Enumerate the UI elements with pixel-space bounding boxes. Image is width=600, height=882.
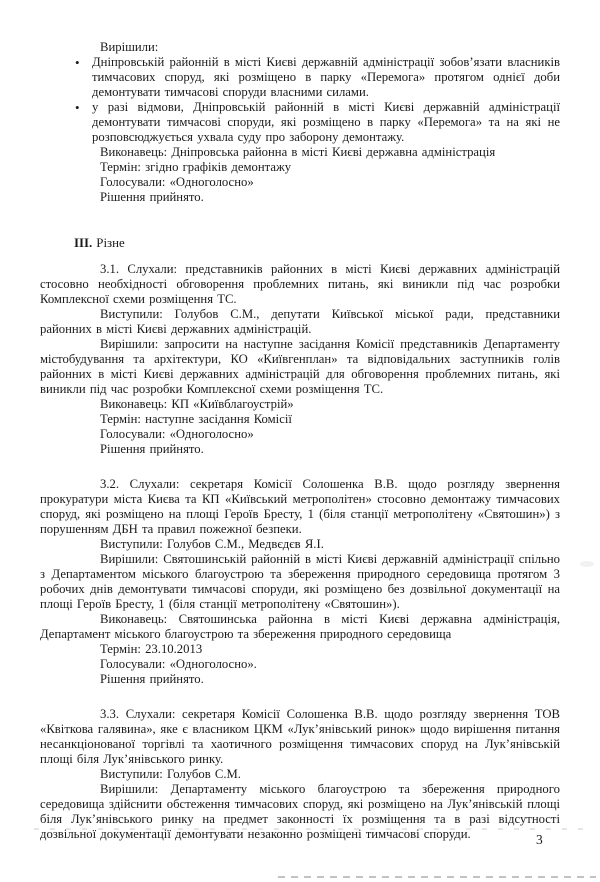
bullet-item: у разі відмови, Дніпровській районній в …	[92, 100, 560, 145]
section-title: Різне	[96, 236, 124, 250]
document-sheet: Вирішили: Дніпровській районній в місті …	[0, 0, 600, 882]
resolution-label: Вирішили:	[40, 40, 560, 55]
executor-line: Виконавець: КП «Київблагоустрій»	[40, 397, 560, 412]
decision-line: Рішення прийнято.	[40, 190, 560, 205]
scan-artifact-line	[278, 876, 596, 878]
paragraph-vyrishyly: Вирішили: Святошинській районній в місті…	[40, 552, 560, 612]
paragraph-vystupyly: Виступили: Голубов С.М., Медвєдєв Я.І.	[40, 537, 560, 552]
scan-smudge	[580, 561, 594, 567]
decision-line: Рішення прийнято.	[40, 442, 560, 457]
paragraph-sluhaly: 3.2. Слухали: секретаря Комісії Солошенк…	[40, 477, 560, 537]
executor-line: Виконавець: Святошинська районна в місті…	[40, 612, 560, 642]
scan-artifact-line	[34, 828, 592, 830]
agenda-item-3-2: 3.2. Слухали: секретаря Комісії Солошенк…	[40, 477, 560, 687]
page-number: 3	[536, 832, 543, 848]
paragraph-vystupyly: Виступили: Голубов С.М., депутати Київсь…	[40, 307, 560, 337]
section-number: III.	[74, 236, 92, 250]
paragraph-sluhaly: 3.3. Слухали: секретаря Комісії Солошенк…	[40, 707, 560, 767]
vote-line: Голосували: «Одноголосно»	[40, 427, 560, 442]
decision-line: Рішення прийнято.	[40, 672, 560, 687]
agenda-item-3-1: 3.1. Слухали: представників районних в м…	[40, 262, 560, 457]
term-line: Термін: згідно графіків демонтажу	[40, 160, 560, 175]
resolution-bullet-list: Дніпровській районній в місті Києві держ…	[40, 55, 560, 145]
paragraph-vyrishyly: Вирішили: Департаменту міського благоуст…	[40, 782, 560, 842]
paragraph-sluhaly: 3.1. Слухали: представників районних в м…	[40, 262, 560, 307]
term-line: Термін: наступне засідання Комісії	[40, 412, 560, 427]
term-line: Термін: 23.10.2013	[40, 642, 560, 657]
paragraph-vystupyly: Виступили: Голубов С.М.	[40, 767, 560, 782]
paragraph-vyrishyly: Вирішили: запросити на наступне засіданн…	[40, 337, 560, 397]
section-heading: III.Різне	[74, 236, 560, 251]
bullet-item: Дніпровській районній в місті Києві держ…	[92, 55, 560, 100]
agenda-item-3-3: 3.3. Слухали: секретаря Комісії Солошенк…	[40, 707, 560, 842]
document-content: Вирішили: Дніпровській районній в місті …	[40, 40, 560, 842]
vote-line: Голосували: «Одноголосно»	[40, 175, 560, 190]
vote-line: Голосували: «Одноголосно».	[40, 657, 560, 672]
executor-line: Виконавець: Дніпровська районна в місті …	[40, 145, 560, 160]
